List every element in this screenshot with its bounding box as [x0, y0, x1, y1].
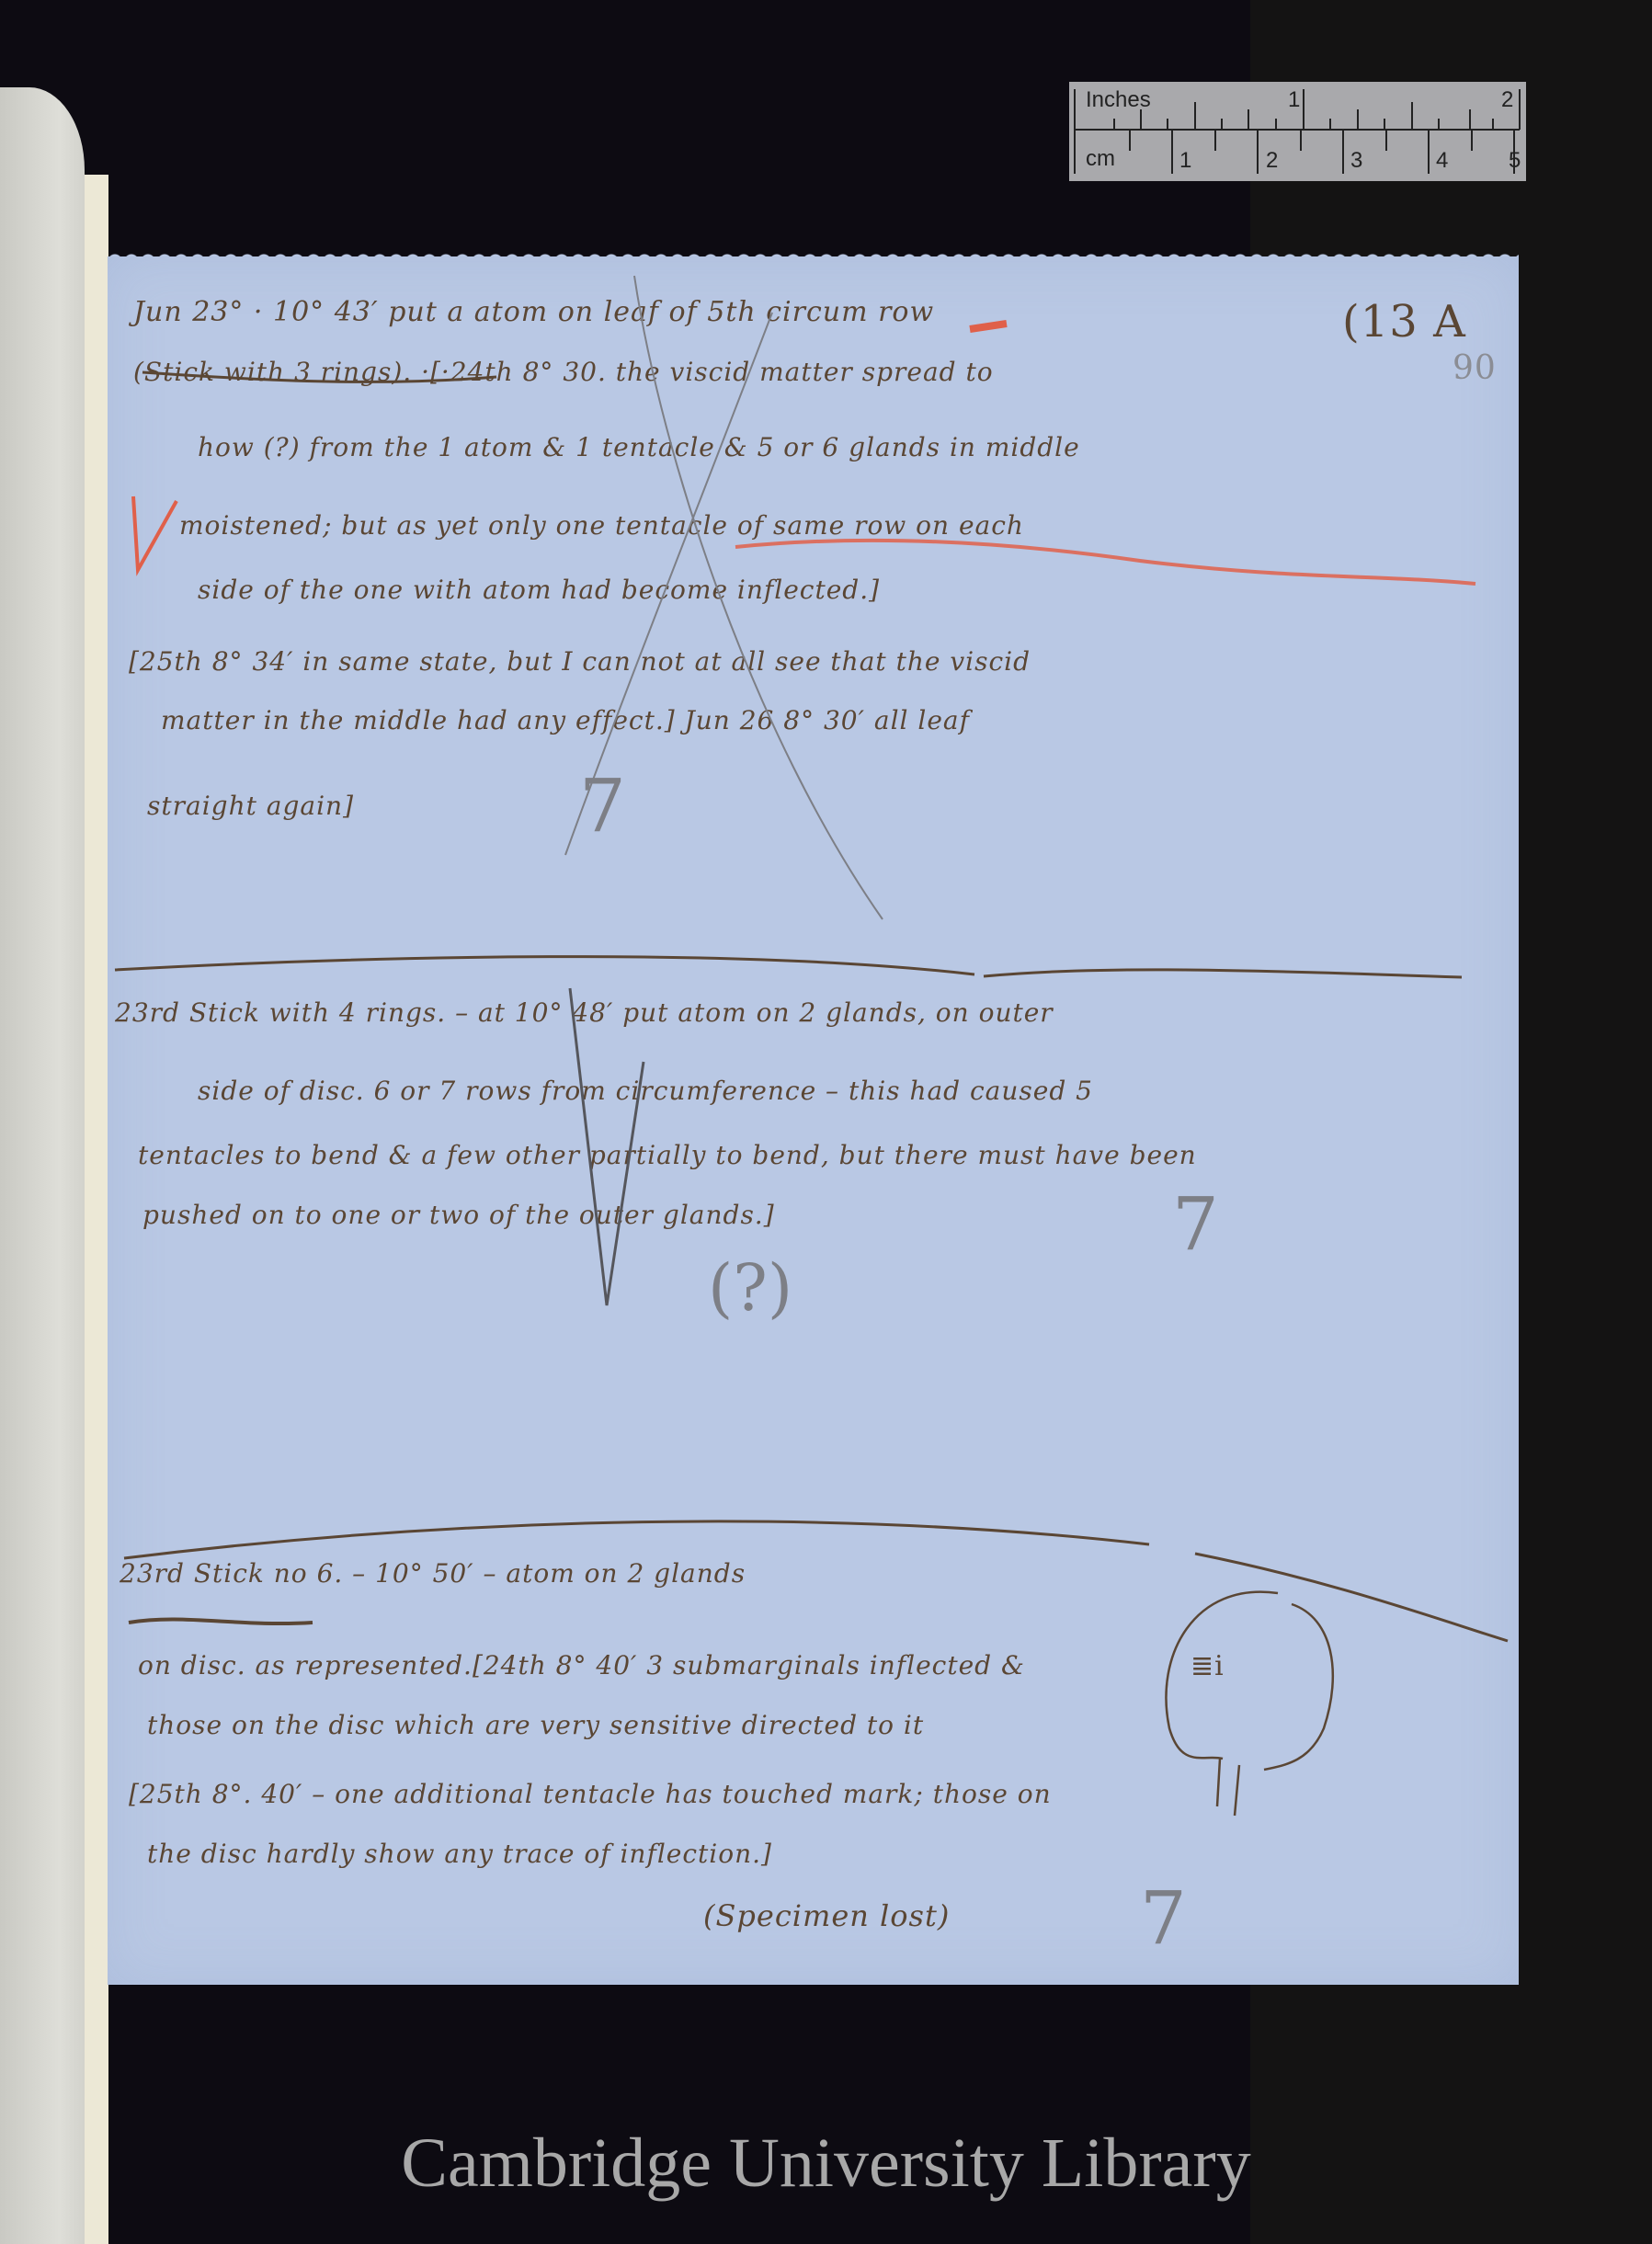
manuscript-line: the disc hardly show any trace of inflec… — [147, 1839, 772, 1869]
manuscript-line: [25th 8°. 40′ – one additional tentacle … — [129, 1779, 1052, 1809]
folio-number: (13 A — [1342, 296, 1466, 347]
manuscript-line: (Specimen lost) — [703, 1898, 950, 1933]
pencil-folio-number: 90 — [1453, 349, 1497, 387]
sketch-label: ≣i — [1191, 1650, 1225, 1682]
pencil-mark: 7 — [1172, 1181, 1219, 1267]
adjacent-book-page — [0, 87, 85, 2244]
ruler-ticks — [1069, 82, 1526, 181]
manuscript-line: tentacles to bend & a few other partiall… — [138, 1140, 1197, 1170]
manuscript-line: [25th 8° 34′ in same state, but I can no… — [129, 646, 1031, 677]
manuscript-line: moistened; but as yet only one tentacle … — [179, 510, 1024, 541]
pencil-mark: 7 — [579, 763, 626, 849]
book-page-edge-strip — [85, 175, 108, 2244]
manuscript-line: 23rd Stick no 6. – 10° 50′ – atom on 2 g… — [120, 1558, 746, 1589]
manuscript-line: pushed on to one or two of the outer gla… — [142, 1200, 775, 1230]
manuscript-line: on disc. as represented.[24th 8° 40′ 3 s… — [138, 1650, 1025, 1680]
library-caption: Cambridge University Library — [0, 2124, 1652, 2204]
manuscript-line: matter in the middle had any effect.] Ju… — [161, 705, 970, 735]
manuscript-line: straight again] — [147, 791, 354, 821]
manuscript-line: 23rd Stick with 4 rings. – at 10° 48′ pu… — [115, 997, 1054, 1028]
manuscript-line: Jun 23° · 10° 43′ put a atom on leaf of … — [133, 296, 934, 328]
pencil-mark: 7 — [1140, 1875, 1187, 1961]
scale-ruler: Inches cm 1 2 1 2 3 4 5 — [1069, 82, 1526, 181]
pencil-question-mark: (?) — [708, 1250, 792, 1326]
manuscript-line: side of the one with atom had become inf… — [198, 575, 880, 605]
manuscript-line: side of disc. 6 or 7 rows from circumfer… — [198, 1076, 1093, 1106]
manuscript-line: (Stick with 3 rings). ·[·24th 8° 30. the… — [133, 357, 994, 387]
manuscript-line: those on the disc which are very sensiti… — [147, 1710, 924, 1740]
manuscript-line: how (?) from the 1 atom & 1 tentacle & 5… — [198, 432, 1080, 462]
